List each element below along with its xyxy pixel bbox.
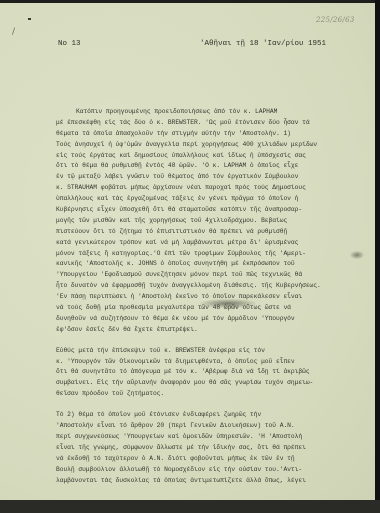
text-line: ὅτι θά συνηντᾶτο τό ἀπόγευμα μέ τόν κ. '… [56, 367, 364, 378]
text-line: κατά γενικώτερον τρόπον καί νά μή λαμβάν… [56, 238, 364, 249]
document-number: Νο 13 [58, 40, 81, 48]
text-line: Τούς ἀνησυχεῖ ἡ ὑφ'ὑμῶν ἀναγγελία περί χ… [56, 140, 364, 151]
text-line: Βουλῇ συμβούλιον ἀλλοιωθῇ τό Νομοσχέδιον… [56, 465, 364, 476]
text-line: Κατόπιν προηγουμένης προειδοποιήσεως ἀπό… [56, 107, 364, 118]
archive-reference-code: 225/26/63 [316, 16, 355, 24]
scan-border-bottom [0, 500, 380, 513]
ink-smudge [200, 299, 256, 308]
paragraph-spacer [56, 336, 364, 346]
text-line: εἰς τούς ἐργάτας καί δημοσίους ὑπαλλήλου… [56, 151, 364, 162]
text-line: θέματα τά ὁποῖα ἀπασχολοῦν τήν στιγμήν α… [56, 129, 364, 140]
text-line: κ. 'Υπουργόν τῶν Οἰκονομικῶν τά διημειφθ… [56, 357, 364, 368]
text-line: ἦτο δυνατόν νά ἐφαρμοσθῇ τυχόν ἀναγγελλο… [56, 281, 364, 292]
text-line: δυνηθοῦν νά συζητήσουν τό θέμα ἐκ νέου μ… [56, 314, 364, 325]
text-line: 'Αποστολήν εἶναι τό ἄρθρον 20 (περί Γενι… [56, 421, 364, 432]
text-line: θεῖσαν πρόοδον τοῦ ζητήματος. [56, 389, 364, 400]
text-line: Εὐθύς μετά τήν ἐπίσκεψιν τοῦ κ. BREWSTER… [56, 346, 364, 357]
text-line: εἶναι τῆς γνώμης, σύμφωνον ἄλλωστε μέ τή… [56, 443, 364, 454]
paragraph-spacer [56, 400, 364, 410]
scanned-document-page: 225/26/63 / Νο 13 'Αθῆναι τῇ 18 'Ιαν/ρίο… [0, 3, 375, 500]
ink-smudge [350, 251, 364, 259]
scan-speck [28, 18, 31, 20]
text-line: νά ἐκδοθῇ τό ταχύτερον ὁ Α.Ν. διότι φοβο… [56, 454, 364, 465]
paragraph-3: Τό 2) θέμα τό ὁποῖον μοῦ ἐτόνισεν ἐνδιαφ… [56, 410, 364, 486]
margin-mark: / [12, 27, 15, 37]
text-line: ὅτι τό θέμα θά ρυθμισθῇ ἐντός 48 ὡρῶν. '… [56, 161, 364, 172]
scan-border-right [375, 0, 380, 513]
letter-body: Κατόπιν προηγουμένης προειδοποιήσεως ἀπό… [56, 107, 364, 486]
text-line: κ. STRAUHAM φοβᾶται μήπως ἀρχίσουν νέαι … [56, 183, 364, 194]
text-line: περί συγχωνεύσεως 'Υπουργείων καί ὁμοειδ… [56, 432, 364, 443]
text-line: πιστεύουν ὅτι τό ζήτημα τό ἐπισιτιστικόν… [56, 227, 364, 238]
text-line: ἐν τῷ μεταξύ λάβει γνῶσιν τοῦ θέματος ἀπ… [56, 172, 364, 183]
text-line: μέ ἐπεσκέφθη εἰς τάς δύο ὁ κ. BREWSTER. … [56, 118, 364, 129]
document-date: 'Αθῆναι τῇ 18 'Ιαν/ρίου 1951 [200, 40, 326, 48]
text-line: μόνον τάξεις ἤ κατηγορίας.'Ο ἐπί τῶν τρο… [56, 249, 364, 260]
text-line: Τό 2) θέμα τό ὁποῖον μοῦ ἐτόνισεν ἐνδιαφ… [56, 410, 364, 421]
text-line: λαμβάνονται τάς δυσκολίας τά ὁποίας ἀντι… [56, 476, 364, 487]
text-line: Κυβέρνησις εἶχεν ὑποσχεθῆ ὅτι θά σταματο… [56, 205, 364, 216]
text-line: 'Υπουργείου 'Εφοδιασμοῦ συνεζήτησεν μόνο… [56, 270, 364, 281]
text-line: συμβαίνει. Εἰς τήν αὔριανήν ἀναφοράν μου… [56, 378, 364, 389]
text-line: ὑπαλλήλους καί τάς ἐργαζομένας τάξεις ἐν… [56, 194, 364, 205]
text-line: κανικῆς 'Αποστολῆς κ. JOHNS ὁ ὁποῖος συν… [56, 259, 364, 270]
text-line: ἐφ'ὅσον ἐσεῖς δέν θά ἔχετε ἐπιστρέψει. [56, 325, 364, 336]
text-line: μογῆς τῶν μισθῶν καί τῆς χορηγήσεως τοῦ … [56, 216, 364, 227]
paragraph-2: Εὐθύς μετά τήν ἐπίσκεψιν τοῦ κ. BREWSTER… [56, 346, 364, 400]
